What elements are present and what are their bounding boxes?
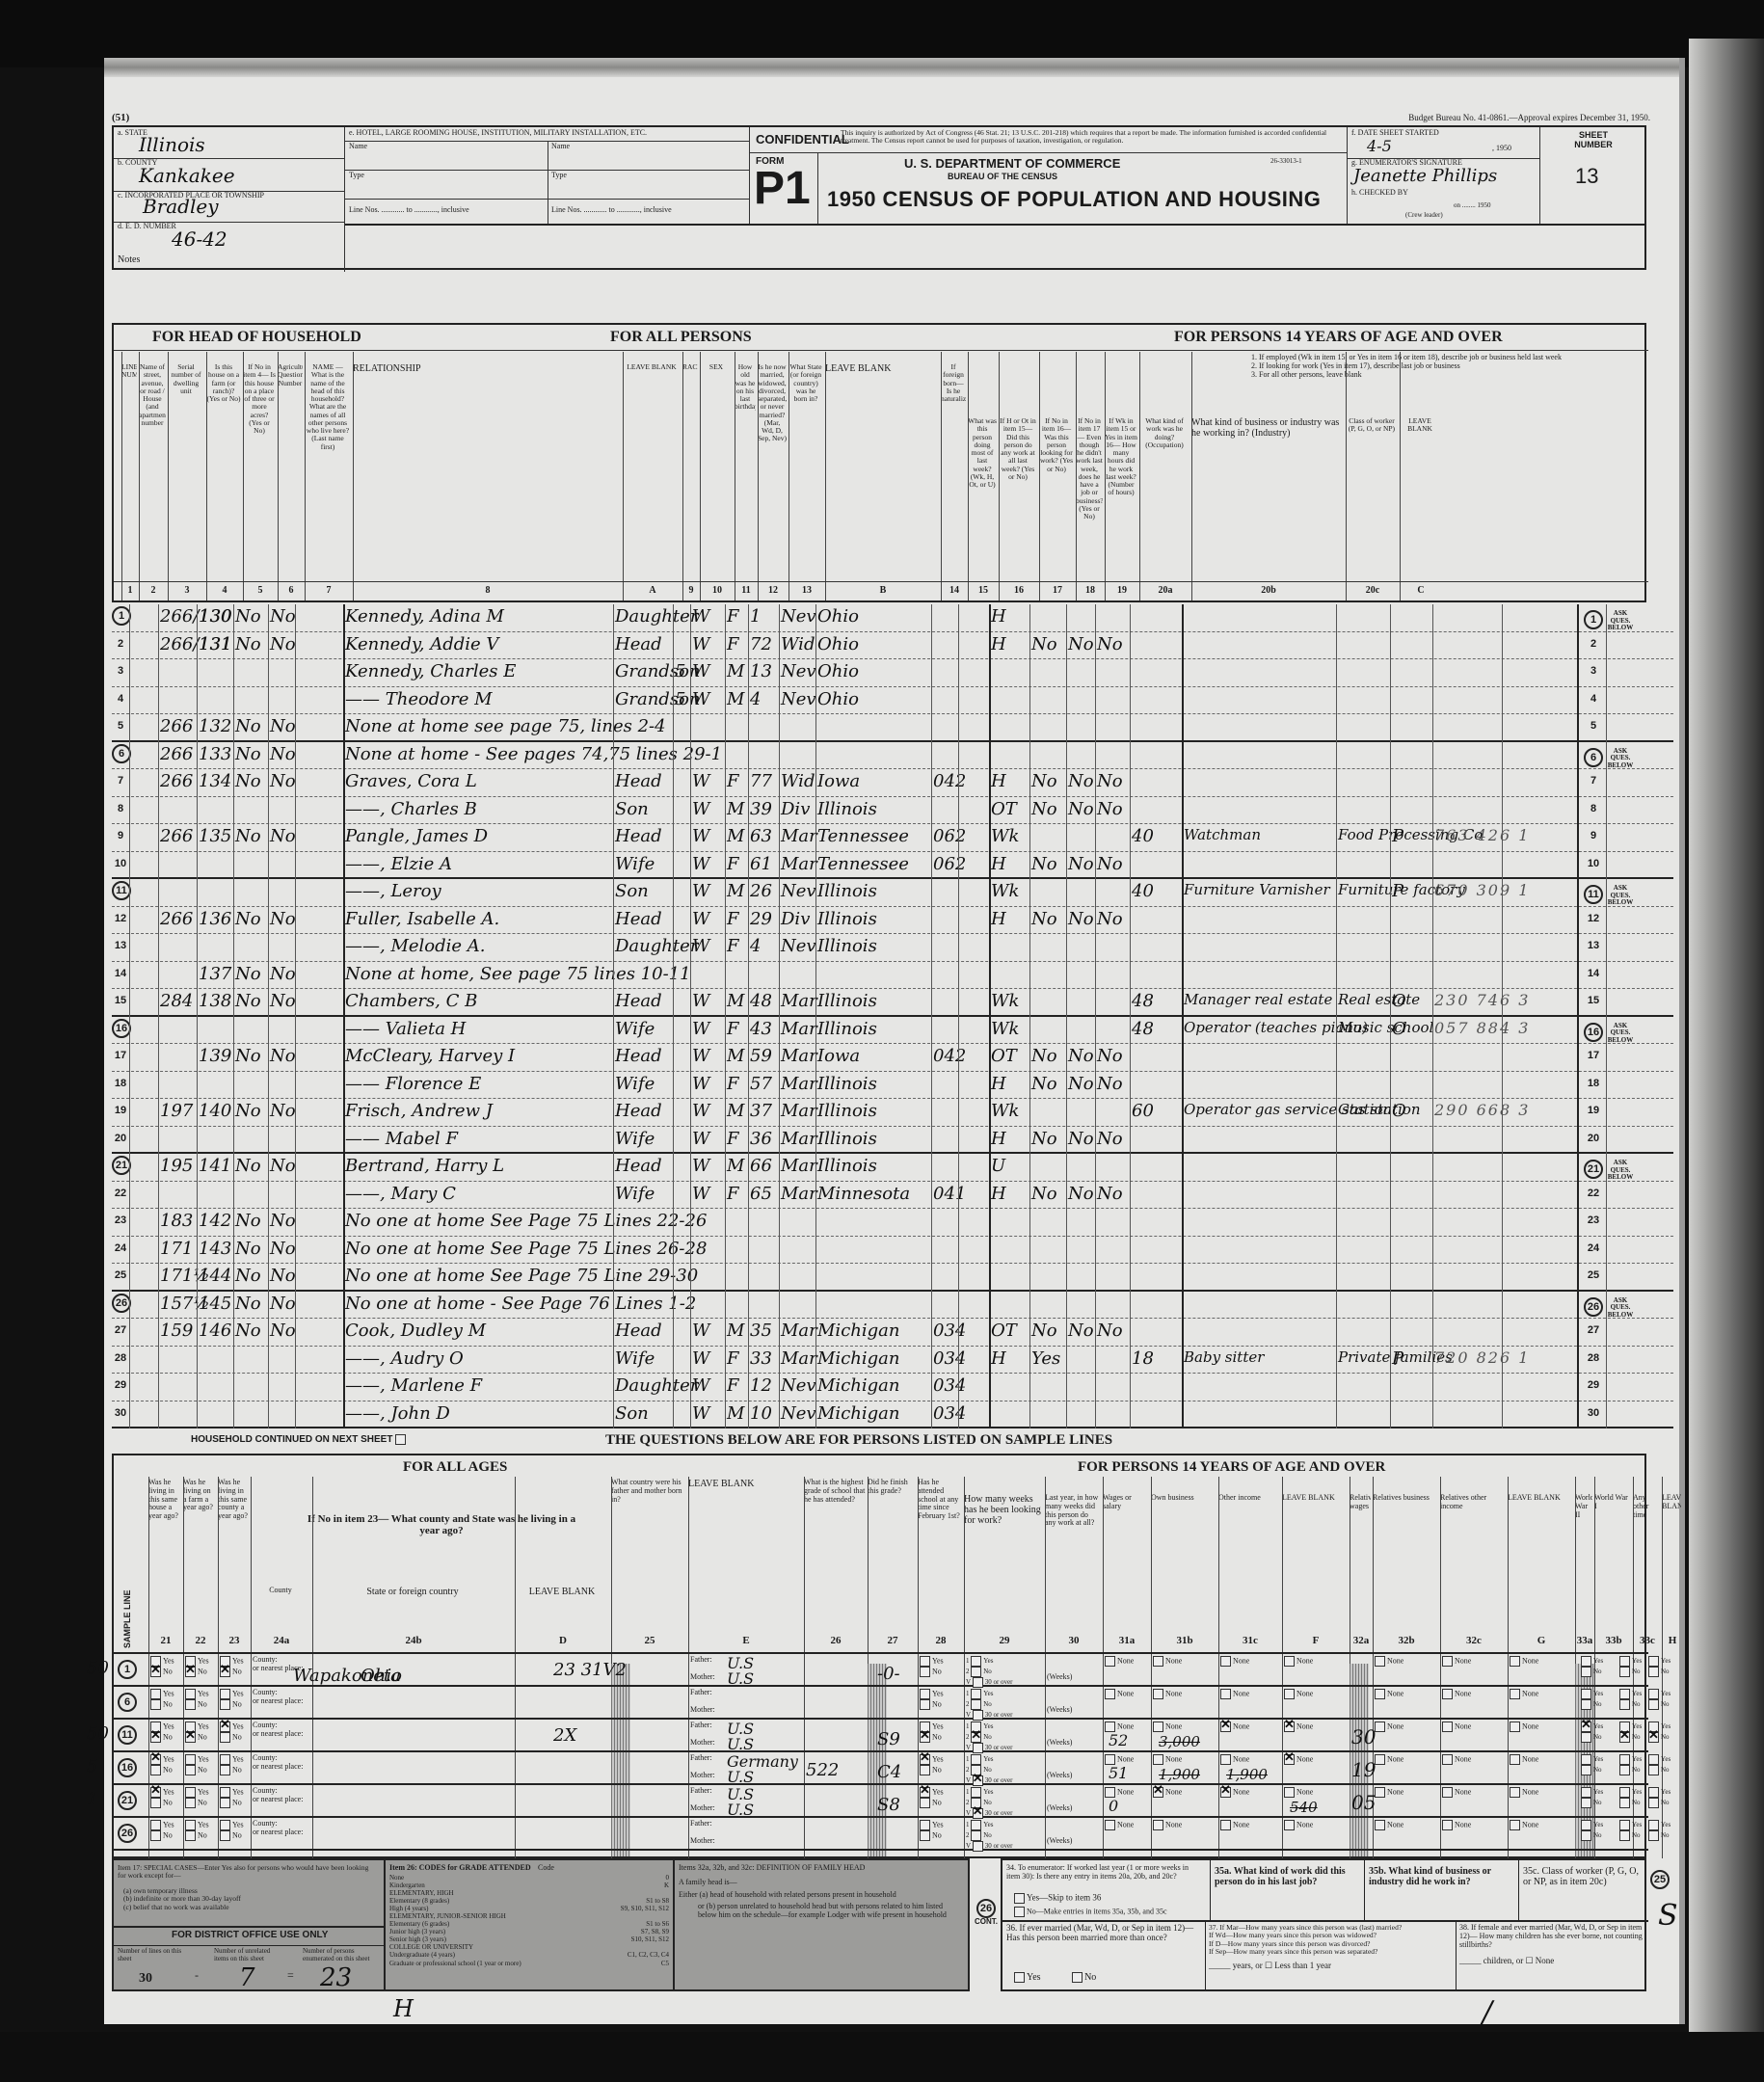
marital-status: Div	[781, 799, 810, 824]
finish-no-checkbox[interactable]	[920, 1699, 930, 1710]
column-header-18: If No in item 17— Even though he didn't …	[1076, 417, 1103, 581]
attend-yes-checkbox[interactable]	[971, 1656, 981, 1667]
acres-answer: No	[270, 1101, 296, 1126]
other-yes-checkbox[interactable]	[1648, 1787, 1659, 1798]
none-label: None	[1387, 1787, 1403, 1796]
activity-last-week: OT	[991, 1046, 1017, 1071]
sample-line-circle: 21	[118, 1791, 137, 1810]
weeks-worked-value: 52	[1109, 1731, 1128, 1749]
grade-code-label: Undergraduate (4 years)	[389, 1951, 455, 1959]
relative-income-none-checkbox[interactable]	[1375, 1787, 1385, 1798]
grade-code-value: C5	[661, 1960, 669, 1967]
other-no-checkbox[interactable]	[1648, 1765, 1659, 1775]
relative-income-0: None	[1375, 1656, 1403, 1667]
relative-income-none-checkbox[interactable]	[1510, 1722, 1520, 1732]
sample-line-circle: 1	[118, 1660, 137, 1679]
ww2-no-checkbox[interactable]	[1581, 1699, 1591, 1710]
thirty-over-label: 30 or over	[985, 1744, 1013, 1751]
birthplace: Tennessee	[817, 854, 909, 879]
q22-options: YesNo	[185, 1820, 209, 1841]
relative-income-none-checkbox[interactable]	[1442, 1689, 1453, 1699]
column-number-18: 18	[1076, 585, 1105, 596]
worked-last-week: No	[1031, 634, 1057, 659]
ww2-yes-checkbox[interactable]	[1581, 1787, 1591, 1798]
q23-yes-checkbox[interactable]	[220, 1722, 230, 1732]
marital-status: Mar	[781, 854, 817, 879]
family-text-2: Either (a) head of household with relate…	[679, 1891, 958, 1900]
weeks-looking: (Weeks)	[1047, 1722, 1072, 1747]
relationship: Head	[615, 826, 662, 851]
i31b-none-checkbox[interactable]	[1220, 1787, 1231, 1798]
i31b-none-checkbox[interactable]	[1220, 1820, 1231, 1830]
i31c-none-checkbox[interactable]	[1284, 1722, 1295, 1732]
grade-attended: -0-	[877, 1664, 900, 1684]
other-no-checkbox[interactable]	[1648, 1699, 1659, 1710]
has-job: No	[1097, 1046, 1123, 1071]
hours-worked: 48	[1132, 991, 1154, 1016]
q21-yes-checkbox[interactable]	[150, 1689, 161, 1699]
q22-options: YesNo	[185, 1656, 209, 1677]
no-label: No	[198, 1732, 207, 1741]
nearest-place-label: or nearest place:	[253, 1729, 303, 1738]
other-options: YesNo	[1648, 1754, 1670, 1775]
yes-label: Yes	[932, 1787, 944, 1796]
attend-yes-checkbox[interactable]	[971, 1754, 981, 1765]
age: 26	[750, 881, 772, 906]
person-name: Cook, Dudley M	[345, 1321, 486, 1346]
attend-yes-checkbox[interactable]	[971, 1689, 981, 1699]
column-header-20a: What kind of work was he doing? (Occupat…	[1139, 417, 1189, 581]
i31c-none: None	[1284, 1787, 1313, 1798]
ww1-no-checkbox[interactable]	[1619, 1732, 1630, 1743]
sample-line-marker: 26	[112, 1294, 131, 1313]
sample-col-number-H: H	[1662, 1635, 1683, 1646]
table-row: 22266/131131NoNoKennedy, Addie VHeadWF72…	[112, 632, 1673, 660]
q21-no-checkbox[interactable]	[150, 1830, 161, 1841]
relative-income-none-checkbox[interactable]	[1442, 1820, 1453, 1830]
acres-answer: No	[270, 1046, 296, 1071]
q37-line-4: If Sep—How many years since this person …	[1209, 1948, 1450, 1956]
q34-no[interactable]: No—Make entries in items 35a, 35b, and 3…	[1014, 1907, 1167, 1917]
grade-code-value: S10, S11, S12	[631, 1935, 669, 1943]
relationship: Wife	[615, 1348, 655, 1374]
cont-marker-circle: 26	[976, 1899, 996, 1918]
sample-header-30: Last year, in how many weeks did this pe…	[1045, 1494, 1101, 1610]
q38-answer: _____ children, or ☐ None	[1459, 1957, 1643, 1966]
yes-label: Yes	[1661, 1722, 1670, 1730]
activity-last-week: H	[991, 909, 1006, 934]
location-block: a. STATE Illinois b. COUNTY Kankakee c. …	[114, 127, 345, 272]
attend-no-checkbox[interactable]	[971, 1732, 981, 1743]
relative-income-none-checkbox[interactable]	[1510, 1656, 1520, 1667]
scan-right-edge	[1689, 39, 1764, 2082]
other-no-checkbox[interactable]	[1648, 1830, 1659, 1841]
sample-line-marker: 11	[112, 881, 131, 900]
q21-yes-checkbox[interactable]	[150, 1787, 161, 1798]
farm-answer: No	[235, 964, 261, 989]
column-number-C: C	[1400, 585, 1442, 596]
leave-blank-f-value: 19	[1351, 1758, 1376, 1781]
mother-label: Mother:	[690, 1803, 715, 1812]
sample-line-marker-right: 21	[1584, 1160, 1603, 1179]
ww2-no-checkbox[interactable]	[1581, 1667, 1591, 1677]
relative-income-0: None	[1375, 1754, 1403, 1765]
table-row: 2525171½144NoNoNo one at home See Page 7…	[112, 1264, 1673, 1292]
none-label: None	[1522, 1722, 1538, 1730]
yes-label: Yes	[1661, 1657, 1670, 1665]
no-label: No	[932, 1699, 942, 1708]
finish-yes-checkbox[interactable]	[920, 1689, 930, 1699]
sample-line-marker: 1	[118, 1660, 137, 1679]
i31a-none-checkbox[interactable]	[1153, 1754, 1163, 1765]
q22-yes-checkbox[interactable]	[185, 1754, 196, 1765]
acres-answer: No	[270, 634, 296, 659]
has-job: No	[1097, 1129, 1123, 1154]
none-label: None	[1522, 1689, 1538, 1697]
hotel-name-label-2: Name	[551, 143, 570, 151]
i31a-none-checkbox[interactable]	[1153, 1722, 1163, 1732]
ww1-yes-checkbox[interactable]	[1619, 1754, 1630, 1765]
ww2-yes-checkbox[interactable]	[1581, 1656, 1591, 1667]
ww1-no-checkbox[interactable]	[1619, 1699, 1630, 1710]
activity-last-week: OT	[991, 799, 1017, 824]
no-label: No	[163, 1732, 173, 1741]
q21-no-checkbox[interactable]	[150, 1765, 161, 1775]
mother-label: Mother:	[690, 1705, 715, 1714]
finish-yes-checkbox[interactable]	[920, 1754, 930, 1765]
q23-yes-checkbox[interactable]	[220, 1820, 230, 1830]
relative-income-none-checkbox[interactable]	[1510, 1787, 1520, 1798]
school-attendance-options: 1 Yes2 NoV 30 or over	[966, 1656, 1012, 1688]
ww1-no-checkbox[interactable]	[1619, 1765, 1630, 1775]
race: W	[692, 1184, 710, 1209]
i31c-none-checkbox[interactable]	[1284, 1754, 1295, 1765]
q22-yes-checkbox[interactable]	[185, 1820, 196, 1830]
column-header-9: RACE	[682, 363, 698, 581]
grade-code-value: S1 to S8	[646, 1897, 669, 1905]
no-label: No	[232, 1830, 242, 1839]
ww2-no-checkbox[interactable]	[1581, 1765, 1591, 1775]
q34-text: 34. To enumerator: If worked last year (…	[1006, 1864, 1199, 1882]
q23-no-checkbox[interactable]	[220, 1667, 230, 1677]
mother-label: Mother:	[690, 1771, 715, 1779]
father-label: Father:	[690, 1721, 712, 1729]
table-row: 1616ASK QUES. BELOW—— Valieta HWifeWF43M…	[112, 1017, 1673, 1045]
q23-no-checkbox[interactable]	[220, 1798, 230, 1808]
finish-no-checkbox[interactable]	[920, 1765, 930, 1775]
main-table-header: FOR HEAD OF HOUSEHOLD FOR ALL PERSONS FO…	[112, 323, 1646, 602]
q22-options: YesNo	[185, 1689, 209, 1710]
attend-no-checkbox[interactable]	[971, 1830, 981, 1841]
ww1-no-checkbox[interactable]	[1619, 1798, 1630, 1808]
person-name: Kennedy, Charles E	[345, 661, 516, 686]
sample-section: FOR ALL AGES FOR PERSONS 14 YEARS OF AGE…	[112, 1454, 1646, 1858]
column-number-13: 13	[788, 585, 825, 596]
no-label: No	[983, 1733, 992, 1741]
other-yes-checkbox[interactable]	[1648, 1656, 1659, 1667]
relative-income-none-checkbox[interactable]	[1442, 1754, 1453, 1765]
grade-code-value: C1, C2, C3, C4	[628, 1951, 669, 1959]
none-label: None	[1233, 1754, 1249, 1763]
ww1-yes-checkbox[interactable]	[1619, 1787, 1630, 1798]
q21-no-checkbox[interactable]	[150, 1699, 161, 1710]
relative-income-none-checkbox[interactable]	[1442, 1656, 1453, 1667]
relative-income-none-checkbox[interactable]	[1375, 1656, 1385, 1667]
q22-no-checkbox[interactable]	[185, 1765, 196, 1775]
q34-no-checkbox[interactable]	[1014, 1907, 1025, 1917]
ww1-yes-checkbox[interactable]	[1619, 1820, 1630, 1830]
no-label: No	[1593, 1668, 1602, 1675]
finish-no-checkbox[interactable]	[920, 1732, 930, 1743]
ww2-options: YesNo	[1581, 1689, 1603, 1710]
line-nos-2: Line Nos. ............ to ............, …	[551, 206, 672, 215]
relationship: Head	[615, 1156, 662, 1181]
attend-yes-checkbox[interactable]	[971, 1820, 981, 1830]
finish-yes-checkbox[interactable]	[920, 1787, 930, 1798]
column-number-20a: 20a	[1139, 585, 1191, 596]
none-label: None	[1455, 1787, 1471, 1796]
worked-last-week: Yes	[1031, 1348, 1060, 1374]
i31b-none: None	[1220, 1820, 1249, 1830]
marital-status: Mar	[781, 1129, 817, 1154]
marital-status: Mar	[781, 1074, 817, 1099]
yes-label: Yes	[1632, 1788, 1642, 1796]
other-no-checkbox[interactable]	[1648, 1667, 1659, 1677]
sex: F	[727, 909, 739, 934]
yes-label: Yes	[983, 1821, 993, 1828]
weeks-worked-none-checkbox[interactable]	[1105, 1656, 1115, 1667]
q22-no-checkbox[interactable]	[185, 1798, 196, 1808]
column-header-8: RELATIONSHIP	[353, 363, 621, 581]
relative-income-none-checkbox[interactable]	[1442, 1787, 1453, 1798]
weeks-worked-none-checkbox[interactable]	[1105, 1689, 1115, 1699]
grade-code-label: Elementary (6 grades)	[389, 1920, 449, 1928]
relative-income-0: None	[1375, 1689, 1403, 1699]
q23-yes-checkbox[interactable]	[220, 1754, 230, 1765]
i31b-none-checkbox[interactable]	[1220, 1722, 1231, 1732]
finish-no-checkbox[interactable]	[920, 1798, 930, 1808]
q36-yes-checkbox[interactable]	[1014, 1972, 1025, 1983]
no-label: No	[1661, 1831, 1670, 1839]
other-no-checkbox[interactable]	[1648, 1798, 1659, 1808]
county-label: County:	[253, 1655, 278, 1664]
other-yes-checkbox[interactable]	[1648, 1820, 1659, 1830]
q34-yes-checkbox[interactable]	[1014, 1893, 1025, 1904]
relative-income-none-checkbox[interactable]	[1375, 1689, 1385, 1699]
acres-answer: No	[270, 1266, 296, 1291]
relative-income-none-checkbox[interactable]	[1510, 1689, 1520, 1699]
ww2-no-checkbox[interactable]	[1581, 1830, 1591, 1841]
sheet-number-block: SHEET NUMBER 13	[1540, 127, 1644, 224]
q21-yes-checkbox[interactable]	[150, 1820, 161, 1830]
q23-no-checkbox[interactable]	[220, 1765, 230, 1775]
ww2-no-checkbox[interactable]	[1581, 1732, 1591, 1743]
none-label: None	[1455, 1754, 1471, 1763]
finish-no-checkbox[interactable]	[920, 1830, 930, 1841]
finish-yes-checkbox[interactable]	[920, 1656, 930, 1667]
relative-income-none-checkbox[interactable]	[1442, 1722, 1453, 1732]
none-label: None	[1387, 1820, 1403, 1828]
q34-yes[interactable]: Yes—Skip to item 36	[1014, 1893, 1101, 1904]
q36-no-checkbox[interactable]	[1072, 1972, 1082, 1983]
relative-income-none-checkbox[interactable]	[1510, 1820, 1520, 1830]
parent-labels: Father:Mother:	[690, 1656, 715, 1681]
column-number-20b: 20b	[1191, 585, 1346, 596]
line-nos-1: Line Nos. ............ to ............, …	[349, 206, 469, 215]
weeks-looking: (Weeks)	[1047, 1820, 1072, 1845]
acres-answer: No	[270, 1156, 296, 1181]
i31c-none-checkbox[interactable]	[1284, 1656, 1295, 1667]
ww1-yes-checkbox[interactable]	[1619, 1689, 1630, 1699]
sex: F	[727, 1348, 739, 1374]
age: 43	[750, 1019, 772, 1044]
other-yes-checkbox[interactable]	[1648, 1689, 1659, 1699]
ww2-yes-checkbox[interactable]	[1581, 1689, 1591, 1699]
household-continued-checkbox[interactable]	[395, 1434, 406, 1445]
weeks-worked-value: 0	[1109, 1797, 1118, 1815]
column-header-10: SEX	[700, 363, 733, 581]
q23-no-checkbox[interactable]	[220, 1732, 230, 1743]
serial-number: 135	[199, 826, 231, 851]
q23-no-checkbox[interactable]	[220, 1699, 230, 1710]
q22-yes-checkbox[interactable]	[185, 1787, 196, 1798]
county-labels: County:or nearest place:	[253, 1754, 303, 1772]
ww2-no-checkbox[interactable]	[1581, 1798, 1591, 1808]
none-label: None	[1296, 1787, 1313, 1796]
bureau-name: BUREAU OF THE CENSUS	[948, 172, 1057, 181]
i31b-none-checkbox[interactable]	[1220, 1754, 1231, 1765]
sample-header-31c: Other income	[1218, 1494, 1280, 1610]
relative-income-none-checkbox[interactable]	[1375, 1722, 1385, 1732]
sex: M	[727, 1101, 744, 1126]
i31c-none-checkbox[interactable]	[1284, 1787, 1295, 1798]
race: W	[692, 606, 710, 631]
industry: Real estate	[1338, 991, 1420, 1016]
q22-yes-checkbox[interactable]	[185, 1689, 196, 1699]
none-label: None	[1233, 1689, 1249, 1697]
yes-label: Yes	[163, 1820, 174, 1828]
column-header-15: What was this person doing most of last …	[968, 417, 997, 581]
q21-no-checkbox[interactable]	[150, 1667, 161, 1677]
finish-no-checkbox[interactable]	[920, 1667, 930, 1677]
yes-label: Yes	[1661, 1755, 1670, 1763]
person-name: Frisch, Andrew J	[345, 1101, 493, 1126]
q22-no-checkbox[interactable]	[185, 1830, 196, 1841]
ww2-yes-checkbox[interactable]	[1581, 1722, 1591, 1732]
ww1-no-checkbox[interactable]	[1619, 1830, 1630, 1841]
sex: M	[727, 991, 744, 1016]
race: W	[692, 826, 710, 851]
yes-label: Yes	[163, 1656, 174, 1665]
table-row: 2626ASK QUES. BELOW157½145NoNoNo one at …	[112, 1292, 1673, 1320]
i31a-none-checkbox[interactable]	[1153, 1656, 1163, 1667]
i31c-none-checkbox[interactable]	[1284, 1689, 1295, 1699]
marital-status: Nev	[781, 1403, 816, 1428]
q23-no-checkbox[interactable]	[220, 1830, 230, 1841]
grade-code-value: S1 to S6	[646, 1920, 669, 1928]
i31b-none-checkbox[interactable]	[1220, 1656, 1231, 1667]
ww2-yes-checkbox[interactable]	[1581, 1754, 1591, 1765]
table-row: 2222——, Mary CWifeWF65MarMinnesota041HNo…	[112, 1182, 1673, 1210]
q21-yes-checkbox[interactable]	[150, 1754, 161, 1765]
serial-number: 131	[199, 634, 231, 659]
yes-label: Yes	[1632, 1690, 1642, 1697]
relative-income-none-checkbox[interactable]	[1375, 1754, 1385, 1765]
relative-income-none-checkbox[interactable]	[1375, 1820, 1385, 1830]
house-number: 266	[160, 771, 193, 796]
q22-no-checkbox[interactable]	[185, 1732, 196, 1743]
other-no-checkbox[interactable]	[1648, 1732, 1659, 1743]
ww2-yes-checkbox[interactable]	[1581, 1820, 1591, 1830]
final-questions: 34. To enumerator: If worked last year (…	[1001, 1858, 1646, 1991]
q22-no-checkbox[interactable]	[185, 1699, 196, 1710]
attend-yes-checkbox[interactable]	[971, 1787, 981, 1798]
i31a-none-checkbox[interactable]	[1153, 1820, 1163, 1830]
i31a-none-checkbox[interactable]	[1153, 1689, 1163, 1699]
i31b-none-checkbox[interactable]	[1220, 1689, 1231, 1699]
yes-label: Yes	[232, 1820, 244, 1828]
attend-no-checkbox[interactable]	[971, 1699, 981, 1710]
q21-no-checkbox[interactable]	[150, 1732, 161, 1743]
other-yes-checkbox[interactable]	[1648, 1754, 1659, 1765]
finish-yes-checkbox[interactable]	[920, 1820, 930, 1830]
sample-line-marker: 1	[112, 606, 131, 626]
sample-col-number-33c: 33c	[1633, 1635, 1662, 1646]
worked-last-week: No	[1031, 1046, 1057, 1071]
acres-answer: No	[270, 826, 296, 851]
date-label: f. DATE SHEET STARTED	[1351, 129, 1439, 138]
farm-answer: No	[235, 744, 261, 769]
worked-last-week: No	[1031, 799, 1057, 824]
ask-questions-below: ASK QUES. BELOW	[1606, 1297, 1635, 1320]
ww1-yes-checkbox[interactable]	[1619, 1656, 1630, 1667]
person-name: ——, Audry O	[345, 1348, 464, 1374]
relative-income-none-checkbox[interactable]	[1510, 1754, 1520, 1765]
i31a-none-checkbox[interactable]	[1153, 1787, 1163, 1798]
q21-no-checkbox[interactable]	[150, 1798, 161, 1808]
ask-questions-below: ASK QUES. BELOW	[1606, 885, 1635, 907]
table-row: 11ASK QUES. BELOW266/130130NoNoKennedy, …	[112, 604, 1673, 632]
age: 37	[750, 1101, 772, 1126]
column-header-4: Is this house on a farm (or ranch)? (Yes…	[206, 363, 241, 581]
sample-header-25: What country were his father and mother …	[611, 1479, 686, 1594]
i31a-none: None	[1153, 1689, 1182, 1699]
i31a-none: None	[1153, 1656, 1182, 1667]
father-label: Father:	[690, 1819, 712, 1828]
q23-yes-checkbox[interactable]	[220, 1787, 230, 1798]
marital-status: Mar	[781, 991, 817, 1016]
q22-no-checkbox[interactable]	[185, 1667, 196, 1677]
sample-col-number-24b: 24b	[312, 1635, 515, 1646]
i31c-none-checkbox[interactable]	[1284, 1820, 1295, 1830]
birthplace: Illinois	[817, 1129, 877, 1154]
attend-30-checkbox[interactable]	[973, 1841, 983, 1852]
relationship: Head	[615, 771, 662, 796]
yes-label: Yes	[198, 1656, 209, 1665]
weeks-worked-none-checkbox[interactable]	[1105, 1820, 1115, 1830]
father-label: Father:	[690, 1753, 712, 1762]
looking-for-work: No	[1068, 1321, 1094, 1346]
ww1-no-checkbox[interactable]	[1619, 1667, 1630, 1677]
has-job: No	[1097, 854, 1123, 879]
q23-yes-checkbox[interactable]	[220, 1689, 230, 1699]
table-row: 1818—— Florence EWifeWF57MarIllinoisHNoN…	[112, 1072, 1673, 1100]
attend-no-checkbox[interactable]	[971, 1667, 981, 1677]
acres-answer: No	[270, 1239, 296, 1264]
relative-income-1: None	[1442, 1689, 1471, 1699]
relationship: Wife	[615, 854, 655, 879]
thirty-over-label: 30 or over	[985, 1809, 1013, 1817]
